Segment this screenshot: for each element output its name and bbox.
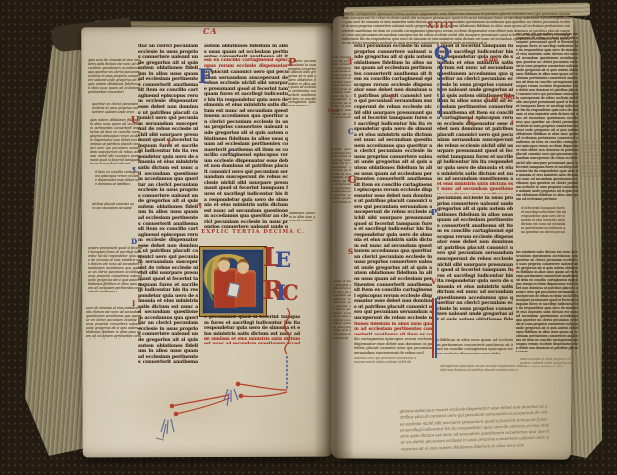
divider-penwork-blue bbox=[435, 298, 437, 358]
manuscript-photo-scene: CA XIIII Explic tertia decima c. C bbox=[0, 0, 617, 475]
lp-col2-body-top: autem oblationes fidelium in alios usus … bbox=[204, 44, 288, 57]
ref-c-de: C de bbox=[486, 97, 498, 102]
gutter-ref-mark: Cq.r. bbox=[328, 110, 340, 115]
rp-bottom-annotation: ginensi episcopus rerum ecclesie dispens… bbox=[399, 403, 550, 450]
rp-edge-note: elium in alios usus quam ad ecclesiam pe… bbox=[581, 140, 601, 178]
lp-margin-gloss-1: quia uero de simonia et eius ministris s… bbox=[88, 58, 140, 94]
initial-d-col1: D bbox=[131, 238, 137, 245]
rp-gutter-gloss-3: monia et eius ministris satis dictum est… bbox=[333, 280, 351, 340]
initial-c-rpcol2: C bbox=[468, 119, 473, 125]
initial-f-col2: F bbox=[198, 66, 212, 86]
initial-g-rpcol1: G bbox=[348, 176, 357, 186]
initial-c-col1: C bbox=[168, 141, 173, 147]
red-word-col2r: p alia bbox=[484, 59, 498, 64]
initial-s-rpcol1: S bbox=[348, 248, 353, 255]
rp-col2-body-bottom: pecuniam ecclesie in usus proprios conue… bbox=[437, 196, 513, 320]
rp-col1-body: erici pecuniam ecclesie in usus proprios… bbox=[354, 44, 432, 320]
q-descender bbox=[440, 63, 442, 117]
lp-margin-gloss-6: urpare presumant quod si fecerint tamqua… bbox=[88, 246, 142, 292]
initial-p-margin: P bbox=[288, 57, 296, 68]
paraph-col1-blue: ¶ bbox=[132, 168, 136, 174]
initial-c-col2: C bbox=[228, 150, 233, 156]
rp-right-gloss-4: niam ecclesie in usus proprios conuerter… bbox=[520, 358, 572, 367]
ref-c-ott: Cott· bbox=[501, 95, 517, 101]
rp-col2-red-lines: et eius ministris satis dictum est nunc … bbox=[437, 182, 513, 194]
lp-col2-rubric-red: em ex concilio cartaginensi episcopus re… bbox=[204, 58, 288, 69]
rp-col2-body-top: t quod si fecerint tamquam fures et sacr… bbox=[437, 44, 513, 180]
explicit-rubric: Explic tertia decima c. bbox=[200, 230, 306, 235]
initial-q-col2r: Q bbox=[434, 45, 450, 63]
monk-head-left bbox=[218, 257, 230, 272]
monk-head-right bbox=[237, 259, 249, 274]
page-content-layer: CA XIIII Explic tertia decima c. C bbox=[0, 0, 617, 475]
initial-p-rpcol2: P bbox=[431, 208, 437, 216]
rp-col1-red-lines: tiones fidelium in alios usus quam ad ec… bbox=[354, 322, 432, 335]
display-letter-c: C bbox=[282, 282, 299, 303]
rp-col1-tiny-line: canonici uero qui pecuniam seruandam sus… bbox=[354, 357, 416, 363]
rp-right-gloss-3: ius ministris satis dictum est nunc ad s… bbox=[516, 250, 578, 352]
rp-right-gloss-2: d si fecerint tamquam fures et sacrilegi… bbox=[521, 206, 567, 234]
pen-flourish-drawing bbox=[130, 305, 320, 457]
initial-t-rpcol1: T bbox=[348, 58, 353, 65]
paraph-col2-red: ¶ bbox=[198, 204, 202, 210]
lp-margin-gloss-2: queritur an clerici pecuniam ecclesie in… bbox=[92, 102, 138, 113]
lp-col2-body-mid: us placuit canonici uero qui pecuniam se… bbox=[204, 70, 288, 228]
lp-margin-gloss-5: atribus placuit canonici uero qui pecuni… bbox=[92, 202, 134, 209]
initial-u-col1: U bbox=[131, 117, 139, 126]
initial-c3-rpcol1: C bbox=[390, 95, 395, 101]
paraph-rgloss-1: ¶ bbox=[511, 120, 514, 124]
running-header-left: CA bbox=[201, 27, 220, 35]
initial-c2-rpcol1: C bbox=[348, 128, 354, 135]
initial-v-rpcol2: V bbox=[431, 278, 436, 285]
rp-col2-faint-line: cartaginensi episcopus rerum ecclesie di… bbox=[440, 365, 526, 371]
display-letter-e: E bbox=[275, 249, 291, 270]
paraph-rgloss-2: ¶ bbox=[511, 268, 514, 272]
lp-right-margin-gloss-2: oblationes fidelium in alios usus quam a… bbox=[289, 212, 315, 221]
rp-col1-addendum: ilio cartaginensi episcopus rerum eccles… bbox=[354, 337, 432, 354]
rp-right-gloss-1: nici uero qui pecuniam seruandam suscepe… bbox=[516, 32, 578, 202]
divider-penwork-red bbox=[432, 298, 434, 358]
rp-col2-addendum: s fidelium in alios usus quam ad ecclesi… bbox=[437, 338, 513, 354]
